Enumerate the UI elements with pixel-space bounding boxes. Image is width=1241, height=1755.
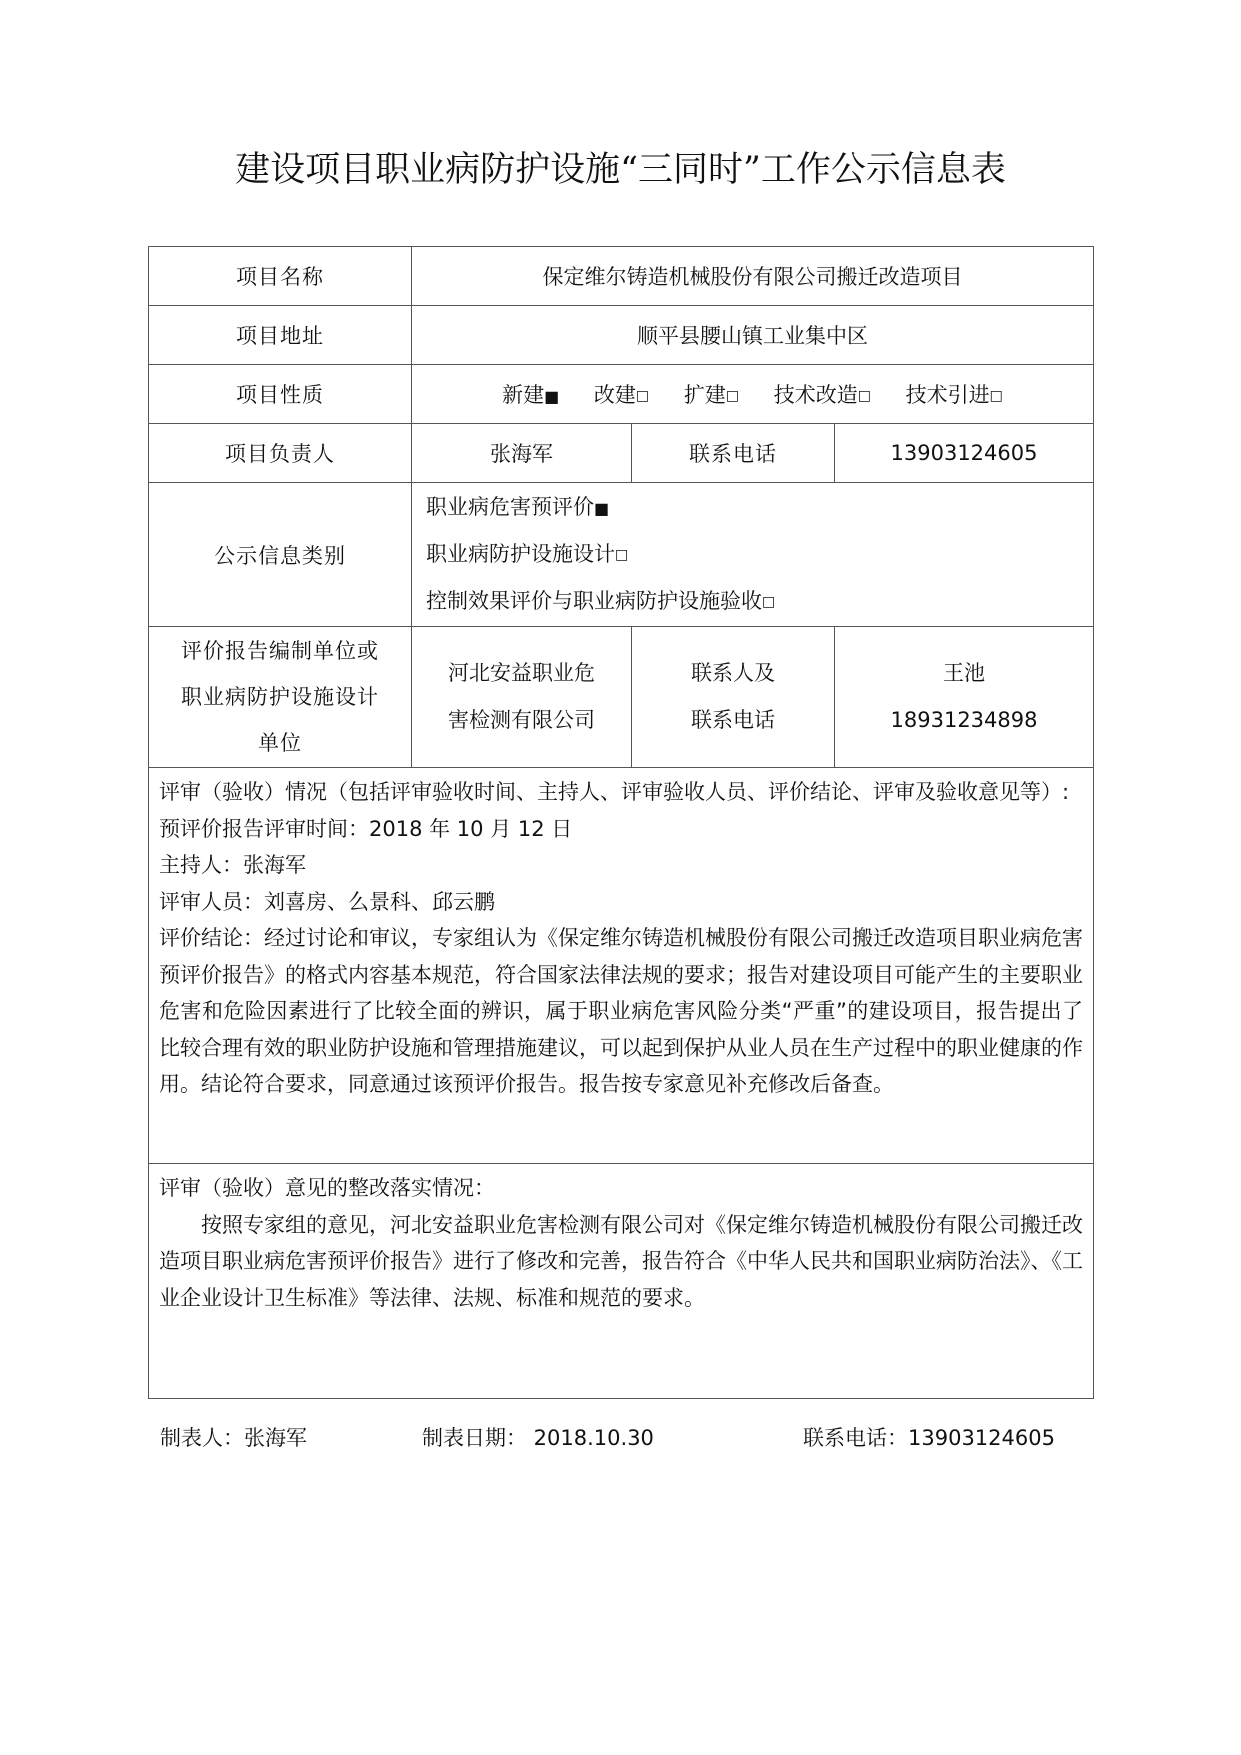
contact-name: 王池 <box>835 650 1093 697</box>
nature-option-new[interactable]: 新建■ <box>502 383 559 407</box>
footer-date: 制表日期： 2018.10.30 <box>422 1422 654 1452</box>
info-table: 项目名称 保定维尔铸造机械股份有限公司搬迁改造项目 项目地址 顺平县腰山镇工业集… <box>148 246 1094 1399</box>
checked-box-icon: ■ <box>594 499 609 518</box>
report-unit-org: 河北安益职业危 害检测有限公司 <box>412 627 632 768</box>
row-review: 评审（验收）情况（包括评审验收时间、主持人、评审验收人员、评价结论、评审及验收意… <box>149 768 1094 1164</box>
project-address-value: 顺平县腰山镇工业集中区 <box>412 306 1094 365</box>
empty-box-icon: □ <box>726 388 739 404</box>
row-project-name: 项目名称 保定维尔铸造机械股份有限公司搬迁改造项目 <box>149 247 1094 306</box>
review-conclusion: 评价结论：经过讨论和审议，专家组认为《保定维尔铸造机械股份有限公司搬迁改造项目职… <box>159 920 1083 1103</box>
row-project-address: 项目地址 顺平县腰山镇工业集中区 <box>149 306 1094 365</box>
leader-phone-value: 13903124605 <box>835 424 1094 483</box>
review-reviewers: 评审人员：刘喜房、么景科、邱云鹏 <box>159 884 1083 921</box>
review-heading: 评审（验收）情况（包括评审验收时间、主持人、评审验收人员、评价结论、评审及验收意… <box>159 774 1083 811</box>
page-title: 建设项目职业病防护设施“三同时”工作公示信息表 <box>0 142 1241 192</box>
footer-phone: 联系电话：13903124605 <box>803 1422 1055 1452</box>
leader-phone-label: 联系电话 <box>632 424 835 483</box>
review-section: 评审（验收）情况（包括评审验收时间、主持人、评审验收人员、评价结论、评审及验收意… <box>149 768 1094 1164</box>
contact-label: 联系人及 联系电话 <box>632 627 835 768</box>
empty-box-icon: □ <box>858 388 871 404</box>
row-report-unit: 评价报告编制单位或 职业病防护设施设计 单位 河北安益职业危 害检测有限公司 联… <box>149 627 1094 768</box>
checked-box-icon: ■ <box>544 387 559 406</box>
contact-phone: 18931234898 <box>835 697 1093 744</box>
project-name-value: 保定维尔铸造机械股份有限公司搬迁改造项目 <box>412 247 1094 306</box>
empty-box-icon: □ <box>990 388 1003 404</box>
nature-option-expand[interactable]: 扩建□ <box>684 383 739 407</box>
category-option-acceptance[interactable]: 控制效果评价与职业病防护设施验收□ <box>412 578 1093 625</box>
nature-option-tech-introduction[interactable]: 技术引进□ <box>906 383 1003 407</box>
report-unit-label: 评价报告编制单位或 职业病防护设施设计 单位 <box>149 627 412 768</box>
project-address-label: 项目地址 <box>149 306 412 365</box>
nature-option-rebuild[interactable]: 改建□ <box>594 383 649 407</box>
rectification-body: 按照专家组的意见，河北安益职业危害检测有限公司对《保定维尔铸造机械股份有限公司搬… <box>159 1207 1083 1317</box>
info-category-options: 职业病危害预评价■ 职业病防护设施设计□ 控制效果评价与职业病防护设施验收□ <box>412 483 1094 627</box>
info-category-label: 公示信息类别 <box>149 483 412 627</box>
empty-box-icon: □ <box>762 594 775 610</box>
contact-value: 王池 18931234898 <box>835 627 1094 768</box>
project-leader-name: 张海军 <box>412 424 632 483</box>
project-name-label: 项目名称 <box>149 247 412 306</box>
review-time: 预评价报告评审时间：2018 年 10 月 12 日 <box>159 811 1083 848</box>
footer-preparer: 制表人：张海军 <box>160 1422 307 1452</box>
rectification-section: 评审（验收）意见的整改落实情况： 按照专家组的意见，河北安益职业危害检测有限公司… <box>149 1164 1094 1399</box>
project-nature-options: 新建■ 改建□ 扩建□ 技术改造□ 技术引进□ <box>412 365 1094 424</box>
empty-box-icon: □ <box>615 547 628 563</box>
nature-option-tech-renovation[interactable]: 技术改造□ <box>774 383 871 407</box>
row-rectification: 评审（验收）意见的整改落实情况： 按照专家组的意见，河北安益职业危害检测有限公司… <box>149 1164 1094 1399</box>
empty-box-icon: □ <box>636 388 649 404</box>
row-project-leader: 项目负责人 张海军 联系电话 13903124605 <box>149 424 1094 483</box>
row-project-nature: 项目性质 新建■ 改建□ 扩建□ 技术改造□ 技术引进□ <box>149 365 1094 424</box>
row-info-category: 公示信息类别 职业病危害预评价■ 职业病防护设施设计□ 控制效果评价与职业病防护… <box>149 483 1094 627</box>
review-host: 主持人：张海军 <box>159 847 1083 884</box>
category-option-pre-evaluation[interactable]: 职业病危害预评价■ <box>412 484 1093 531</box>
rectification-heading: 评审（验收）意见的整改落实情况： <box>159 1170 1083 1207</box>
category-option-design[interactable]: 职业病防护设施设计□ <box>412 531 1093 578</box>
project-nature-label: 项目性质 <box>149 365 412 424</box>
project-leader-label: 项目负责人 <box>149 424 412 483</box>
